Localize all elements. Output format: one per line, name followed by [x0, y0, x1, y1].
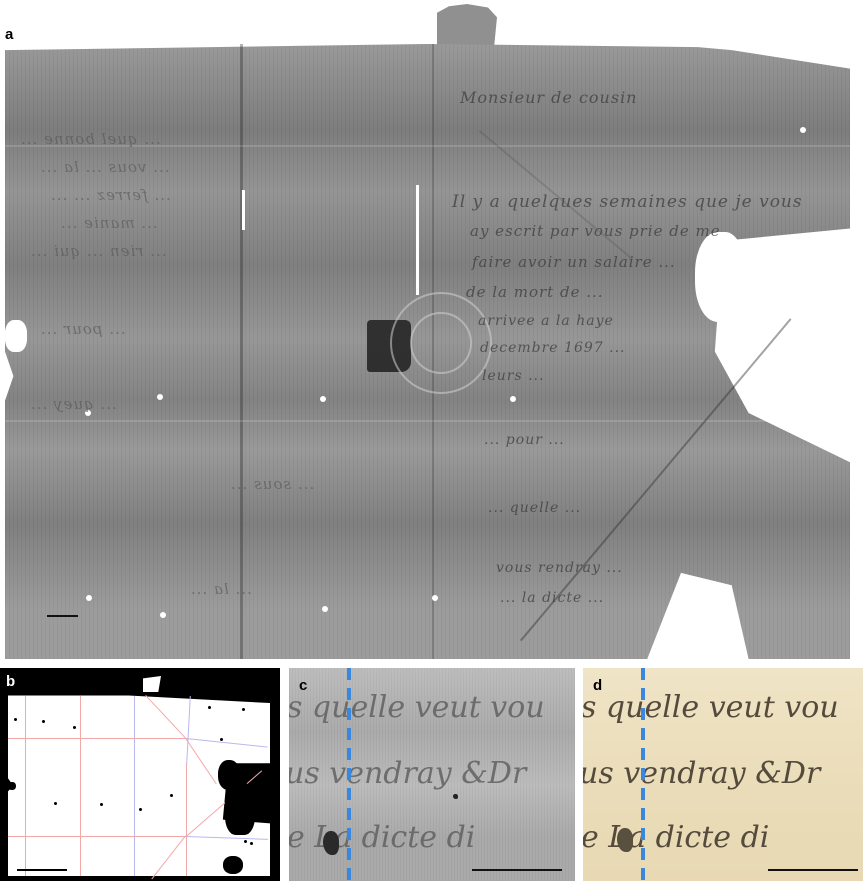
mirrored-line: ... sous ...: [230, 475, 314, 493]
speck: [139, 808, 142, 811]
scale-bar: [47, 615, 78, 617]
slit: [242, 190, 245, 230]
pinhole: [812, 312, 818, 318]
pinhole: [157, 394, 163, 400]
letter-line: de la mort de ...: [466, 283, 604, 301]
mirrored-line: ... quel bonne ...: [20, 130, 161, 148]
ink-blot: [323, 831, 339, 855]
scale-bar: [17, 869, 67, 871]
letter-line: Il y a quelques semaines que je vous: [452, 192, 803, 212]
ink-dot: [453, 794, 458, 799]
pinhole: [322, 606, 328, 612]
fold-line-mountain: [8, 738, 186, 739]
panel-a: a Monsieur de cousin Il y a quelques sem…: [0, 0, 863, 662]
pinhole: [320, 396, 326, 402]
seal-impression-inner: [410, 312, 472, 374]
letter-seal-tab: [437, 4, 497, 48]
pinhole: [86, 595, 92, 601]
crop-line: s quelle veut vou: [583, 690, 839, 725]
alignment-dashed-line: [641, 668, 645, 881]
mirrored-line: ... rien ... qui ...: [30, 242, 167, 260]
mirrored-line: ... pour ...: [40, 320, 126, 338]
fold-line-valley: [25, 696, 26, 876]
scale-bar: [472, 869, 562, 871]
hole: [5, 320, 27, 352]
scale-bar: [768, 869, 858, 871]
speck: [220, 738, 223, 741]
fold-line-mountain: [80, 696, 81, 876]
panel-label-b: b: [6, 674, 15, 689]
letter-line: ... quelle ...: [488, 500, 581, 516]
speck: [73, 726, 76, 729]
letter-line: ... pour ...: [484, 432, 565, 448]
letter-line: leurs ...: [482, 368, 544, 384]
pinhole: [432, 595, 438, 601]
mirrored-line: ... manie ...: [60, 214, 158, 232]
speck: [244, 840, 247, 843]
fold-line-valley: [134, 696, 135, 876]
panel-c: c s quelle veut vou us vendray &Dr e La …: [289, 668, 575, 881]
panel-b: b: [0, 668, 280, 881]
letter-line: Monsieur de cousin: [460, 88, 637, 107]
letter-line: ... la dicte ...: [500, 590, 604, 606]
hole: [695, 232, 745, 322]
speck: [54, 802, 57, 805]
pinhole: [160, 612, 166, 618]
fold-line-mountain: [186, 763, 187, 876]
alignment-dashed-line: [347, 668, 351, 881]
mirrored-line: ... quey ...: [30, 395, 117, 413]
pinhole: [510, 396, 516, 402]
hole-blob: [225, 783, 255, 835]
crop-line: e La dicte di: [583, 820, 769, 855]
slit: [416, 185, 419, 295]
crop-line: us vendray &Dr: [289, 756, 526, 791]
mirrored-line: ... la ...: [190, 580, 252, 598]
speck: [14, 718, 17, 721]
letter-line: arrivee a la haye: [478, 313, 614, 329]
ink-blot: [617, 828, 633, 852]
speck: [250, 842, 253, 845]
speck: [242, 708, 245, 711]
speck: [100, 803, 103, 806]
crop-line: us vendray &Dr: [583, 756, 820, 791]
letter-line: decembre 1697 ...: [480, 340, 625, 356]
letter-line: ay escrit par vous prie de me: [470, 222, 721, 240]
panel-d: d s quelle veut vou us vendray &Dr e La …: [583, 668, 863, 881]
fold-line: [240, 44, 243, 659]
speck: [42, 720, 45, 723]
hole-blob: [8, 782, 16, 790]
letter-line: vous rendray ...: [496, 560, 623, 576]
speck: [170, 794, 173, 797]
letter-line: faire avoir un salaire ...: [472, 253, 676, 271]
hole-blob: [223, 856, 243, 874]
mask-seal-tab: [143, 676, 161, 692]
pinhole: [800, 127, 806, 133]
fold-line-mountain: [8, 836, 186, 837]
mirrored-line: ... ferrez ... ...: [50, 186, 171, 204]
mirrored-line: ... vous ... la ...: [40, 158, 170, 176]
panel-label-a: a: [5, 27, 13, 42]
fold-line: [5, 420, 850, 422]
crop-line: s quelle veut vou: [289, 690, 545, 725]
speck: [208, 706, 211, 709]
crop-line: e La dicte di: [289, 820, 475, 855]
